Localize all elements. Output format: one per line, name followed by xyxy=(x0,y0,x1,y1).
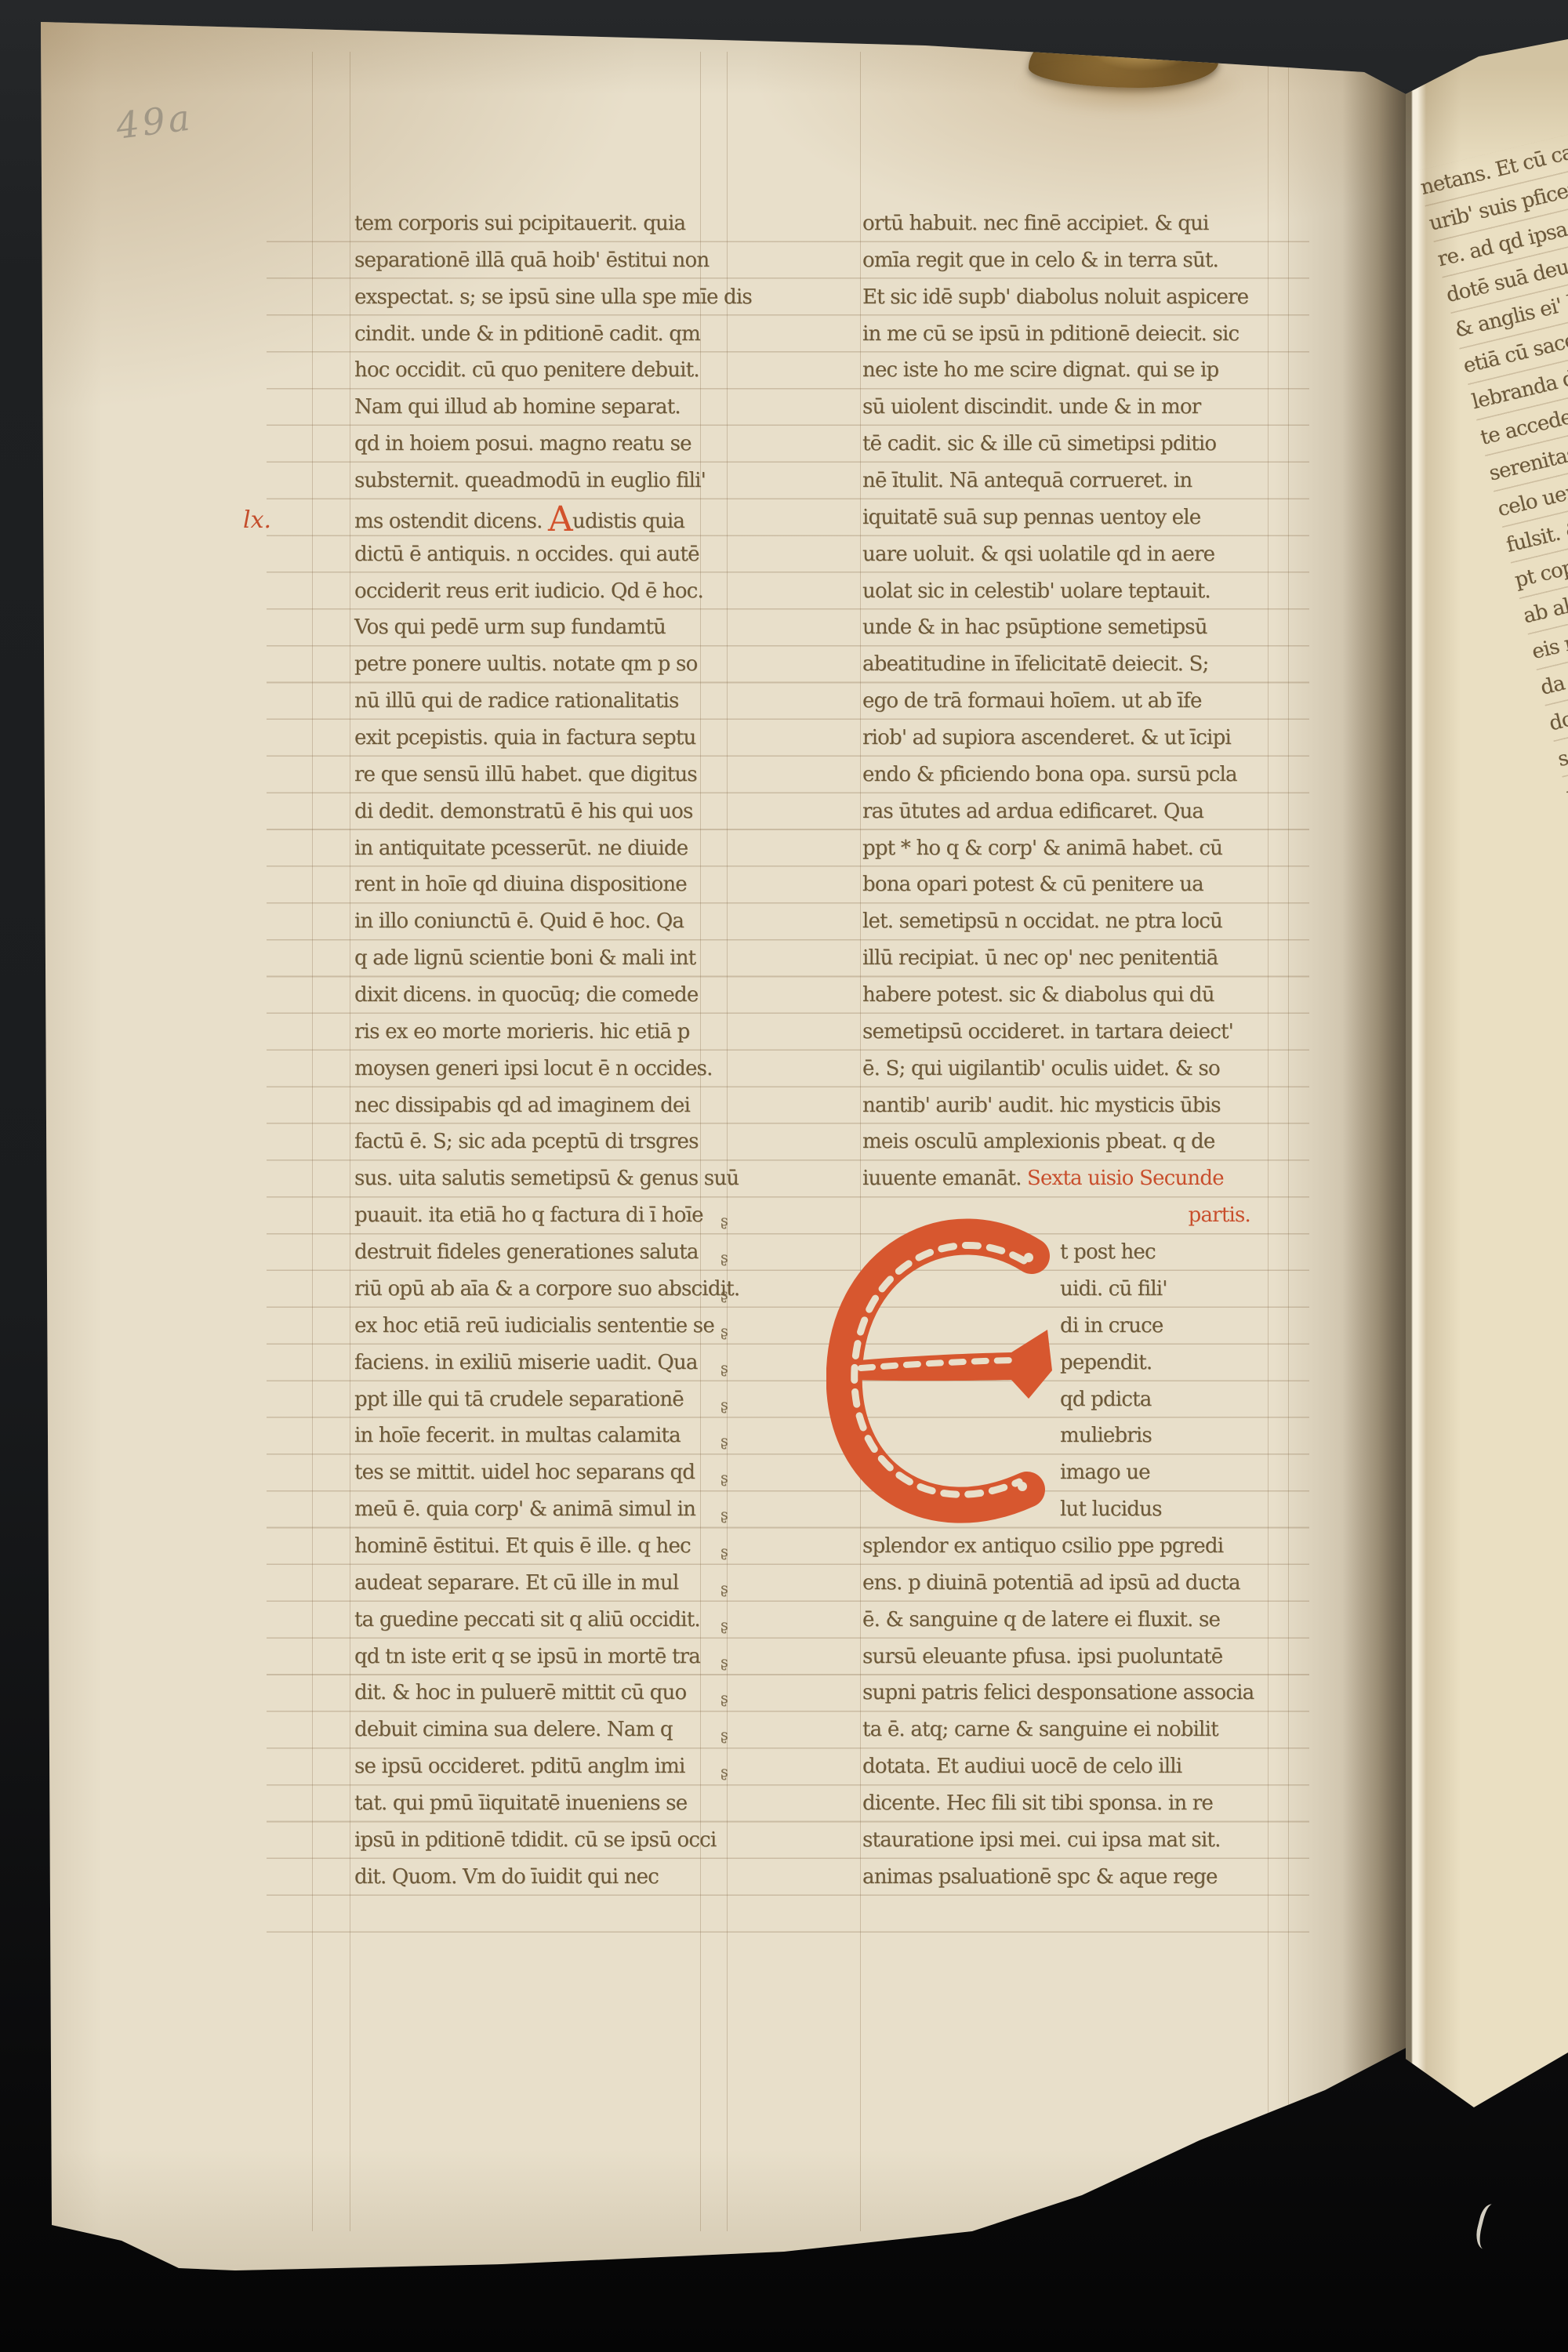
manuscript-text: meis osculū amplexionis pbeat. q de xyxy=(862,1130,1214,1153)
manuscript-text: lut lucidus xyxy=(1060,1497,1162,1521)
manuscript-text: ppt ille qui tā crudele separationē xyxy=(354,1388,684,1411)
manuscript-text: iquitatē suā sup pennas uentoy ele xyxy=(862,506,1200,529)
text-line: ex hoc etiā reū iudicialis sententie seʂ xyxy=(354,1308,713,1345)
text-line: faciens. in exiliū miserie uadit. Quaʂ xyxy=(354,1345,713,1381)
manuscript-text: ta guedine peccati sit q aliū occidit. xyxy=(354,1608,700,1632)
text-line: qd tn iste erit q se ipsū in mortē traʂ xyxy=(354,1639,713,1675)
manuscript-text: bona opari potest & cū penitere ua xyxy=(862,873,1203,896)
text-line: sus. uita salutis semetipsū & genus suū xyxy=(354,1160,713,1197)
manuscript-page-left: 49a lx. tem corporis sui pcipitauerit. q… xyxy=(0,0,1407,2352)
manuscript-text: sus. uita salutis semetipsū & genus suū xyxy=(354,1167,739,1190)
text-line: meū ē. quia corp' & animā simul inʂ xyxy=(354,1491,713,1528)
red-initial-capital: A xyxy=(548,499,572,539)
manuscript-text: sū uiolent discindit. unde & in mor xyxy=(862,395,1200,419)
manuscript-text: imago ue xyxy=(1060,1461,1150,1484)
manuscript-text: substernit. queadmodū in euglio fili' xyxy=(354,469,706,492)
text-line: cindit. unde & in pditionē cadit. qm xyxy=(354,316,713,353)
text-line: meis osculū amplexionis pbeat. q de xyxy=(862,1123,1258,1160)
manuscript-text: uare uoluit. & qsi uolatile qd in aere xyxy=(862,543,1214,566)
manuscript-text: riob' ad supiora ascenderet. & ut īcipi xyxy=(862,726,1231,750)
manuscript-text: abeatitudine in īfelicitatē deiecit. S; xyxy=(862,652,1209,676)
manuscript-text: rent in hoīe qd diuina dispositione xyxy=(354,873,687,896)
manuscript-text: ppt * ho q & corp' & animā habet. cū xyxy=(862,837,1222,860)
manuscript-text: ex hoc etiā reū iudicialis sententie se xyxy=(354,1314,714,1338)
line-filler-mark: ʂ xyxy=(720,1644,728,1681)
manuscript-text: dotata. Et audiui uocē de celo illi xyxy=(862,1755,1181,1778)
text-line: dicente. Hec fili sit tibi sponsa. in re xyxy=(862,1785,1258,1822)
vertical-ruling xyxy=(727,52,728,2231)
manuscript-text: destruit fideles generationes saluta xyxy=(354,1240,699,1264)
manuscript-text: endo & pficiendo bona opa. sursū pcla xyxy=(862,763,1237,786)
text-line: di dedit. demonstratū ē his qui uos xyxy=(354,793,713,830)
text-line: re que sensū illū habet. que digitus xyxy=(354,757,713,793)
text-line: ms ostendit dicens. Audistis quia xyxy=(354,499,713,536)
text-line: nec iste ho me scire dignat. qui se ip xyxy=(862,352,1258,389)
text-line: uare uoluit. & qsi uolatile qd in aere xyxy=(862,536,1258,573)
text-line: in antiquitate pcesserūt. ne diuide xyxy=(354,830,713,867)
text-line: exspectat. s; se ipsū sine ulla spe mīe … xyxy=(354,279,713,316)
manuscript-text: in illo coniunctū ē. Quid ē hoc. Qa xyxy=(354,909,684,933)
manuscript-text: q ade lignū scientie boni & mali int xyxy=(354,946,695,970)
manuscript-text: splendor ex antiquo csilio ppe pgredi xyxy=(862,1534,1223,1558)
text-line: in me cū se ipsū in pditionē deiecit. si… xyxy=(862,316,1258,353)
text-line: abeatitudine in īfelicitatē deiecit. S; xyxy=(862,646,1258,683)
text-line: tem corporis sui pcipitauerit. quia xyxy=(354,205,713,242)
line-filler-mark: ʂ xyxy=(720,1203,728,1240)
manuscript-text: illū recipiat. ū nec op' nec penitentiā xyxy=(862,946,1218,970)
manuscript-text: ego de trā formaui hoīem. ut ab īfe xyxy=(862,689,1202,713)
manuscript-text: t post hec xyxy=(1060,1240,1156,1264)
manuscript-text: sursū eleuante pfusa. ipsi puoluntatē xyxy=(862,1645,1222,1668)
manuscript-text: tes se mittit. uidel hoc separans qd xyxy=(354,1461,695,1484)
text-line: destruit fideles generationes salutaʂ xyxy=(354,1234,713,1271)
text-line: separationē illā quā hoib' ēstitui non xyxy=(354,242,713,279)
manuscript-text: nū illū qui de radice rationalitatis xyxy=(354,689,679,713)
text-line: habere potest. sic & diabolus qui dū xyxy=(862,977,1258,1014)
text-line: Et sic idē supb' diabolus noluit aspicer… xyxy=(862,279,1258,316)
text-line: substernit. queadmodū in euglio fili' xyxy=(354,463,713,499)
manuscript-text: udistis quia xyxy=(572,510,684,533)
facing-page-edge: netans. Et cū cadeurib' suis pficeret.re… xyxy=(1406,0,1568,2352)
manuscript-text: ta ē. atq; carne & sanguine ei nobilit xyxy=(862,1718,1218,1741)
manuscript-text: hoc occidit. cū quo penitere debuit. xyxy=(354,358,699,382)
manuscript-text: in hoīe fecerit. in multas calamita xyxy=(354,1424,681,1447)
manuscript-text: qd in hoiem posui. magno reatu se xyxy=(354,432,691,456)
manuscript-text: tem corporis sui pcipitauerit. quia xyxy=(354,212,685,235)
manuscript-text: ris ex eo morte morieris. hic etiā p xyxy=(354,1020,690,1044)
manuscript-text: let. semetipsū n occidat. ne ptra locū xyxy=(862,909,1222,933)
text-line: bona opari potest & cū penitere ua xyxy=(862,866,1258,903)
text-line: dotata. Et audiui uocē de celo illi xyxy=(862,1748,1258,1785)
text-line: nantib' aurib' audit. hic mysticis ūbis xyxy=(862,1087,1258,1124)
rubric-text: Sexta uisio Secunde xyxy=(1027,1167,1224,1190)
vertical-ruling xyxy=(860,52,861,2231)
line-filler-mark: ʂ xyxy=(720,1497,728,1534)
text-line: se ipsū occideret. pditū anglm imiʂ xyxy=(354,1748,713,1785)
text-line: dit. Quom. Vm do īuidit qui nec xyxy=(354,1859,713,1896)
manuscript-text: ipsū in pditionē tdidit. cū se ipsū occi xyxy=(354,1828,716,1852)
text-line: ipsū in pditionē tdidit. cū se ipsū occi xyxy=(354,1822,713,1859)
text-line: q ade lignū scientie boni & mali int xyxy=(354,940,713,977)
manuscript-text: nantib' aurib' audit. hic mysticis ūbis xyxy=(862,1094,1221,1117)
text-line: tat. qui pmū īiquitatē inueniens se xyxy=(354,1785,713,1822)
line-filler-mark: ʂ xyxy=(720,1350,728,1387)
text-line: riob' ad supiora ascenderet. & ut īcipi xyxy=(862,720,1258,757)
text-line: illū recipiat. ū nec op' nec penitentiā xyxy=(862,940,1258,977)
text-line: sursū eleuante pfusa. ipsi puoluntatē xyxy=(862,1639,1258,1675)
manuscript-text: petre ponere uultis. notate qm p so xyxy=(354,652,697,676)
manuscript-text: in antiquitate pcesserūt. ne diuide xyxy=(354,837,688,860)
parchment-stain xyxy=(1011,67,1247,129)
text-line: petre ponere uultis. notate qm p so xyxy=(354,646,713,683)
text-line: moysen generi ipsi locut ē n occides. xyxy=(354,1051,713,1087)
folio-number-pencil: 49a xyxy=(114,96,195,147)
text-line: in hoīe fecerit. in multas calamitaʂ xyxy=(354,1417,713,1454)
manuscript-text: uolat sic in celestib' uolare teptauit. xyxy=(862,579,1210,603)
manuscript-text: dixit dicens. in quocūq; die comede xyxy=(354,983,698,1007)
manuscript-text: puauit. ita etiā ho q factura di ī hoīe xyxy=(354,1203,703,1227)
text-line: debuit cimina sua delere. Nam qʂ xyxy=(354,1711,713,1748)
text-line: in illo coniunctū ē. Quid ē hoc. Qa xyxy=(354,903,713,940)
text-line: supni patris felici desponsatione associ… xyxy=(862,1675,1258,1711)
vertical-ruling xyxy=(1288,52,1289,2231)
manuscript-text: ens. p diuinā potentiā ad ipsū ad ducta xyxy=(862,1571,1240,1595)
text-line: iquitatē suā sup pennas uentoy ele xyxy=(862,499,1258,536)
text-line: stauratione ipsi mei. cui ipsa mat sit. xyxy=(862,1822,1258,1859)
manuscript-text: riū opū ab aīa & a corpore suo abscidit. xyxy=(354,1277,739,1301)
text-line: ego de trā formaui hoīem. ut ab īfe xyxy=(862,683,1258,720)
text-line: ppt * ho q & corp' & animā habet. cū xyxy=(862,830,1258,867)
manuscript-text: supni patris felici desponsatione associ… xyxy=(862,1681,1254,1704)
text-line: ta ē. atq; carne & sanguine ei nobilit xyxy=(862,1711,1258,1748)
line-filler-mark: ʂ xyxy=(720,1570,728,1607)
text-line: ortū habuit. nec finē accipiet. & qui xyxy=(862,205,1258,242)
binding-thread xyxy=(1472,2202,1507,2252)
manuscript-text: meū ē. quia corp' & animā simul in xyxy=(354,1497,695,1521)
text-line: let. semetipsū n occidat. ne ptra locū xyxy=(862,903,1258,940)
line-filler-mark: ʂ xyxy=(720,1423,728,1460)
text-line: ris ex eo morte morieris. hic etiā p xyxy=(354,1014,713,1051)
text-line: Nam qui illud ab homine separat. xyxy=(354,389,713,426)
manuscript-text: ortū habuit. nec finē accipiet. & qui xyxy=(862,212,1209,235)
manuscript-text: nec iste ho me scire dignat. qui se ip xyxy=(862,358,1218,382)
line-filler-mark: ʂ xyxy=(720,1460,728,1497)
manuscript-text: re que sensū illū habet. que digitus xyxy=(354,763,697,786)
facing-page-text: netans. Et cū cadeurib' suis pficeret.re… xyxy=(1417,90,1568,1814)
manuscript-text: cindit. unde & in pditionē cadit. qm xyxy=(354,322,700,346)
manuscript-text: in me cū se ipsū in pditionē deiecit. si… xyxy=(862,322,1239,346)
line-filler-mark: ʂ xyxy=(720,1607,728,1644)
manuscript-text: faciens. in exiliū miserie uadit. Qua xyxy=(354,1351,698,1374)
text-line: semetipsū occideret. in tartara deiect' xyxy=(862,1014,1258,1051)
text-line: puauit. ita etiā ho q factura di ī hoīeʂ xyxy=(354,1197,713,1234)
text-line: qd in hoiem posui. magno reatu se xyxy=(354,426,713,463)
manuscript-text: separationē illā quā hoib' ēstitui non xyxy=(354,249,709,272)
line-filler-mark: ʂ xyxy=(720,1754,728,1791)
vertical-ruling xyxy=(1268,52,1269,2231)
manuscript-text: ras ūtutes ad ardua edificaret. Qua xyxy=(862,800,1203,823)
text-line: ppt ille qui tā crudele separationēʂ xyxy=(354,1381,713,1418)
manuscript-text: qd tn iste erit q se ipsū in mortē tra xyxy=(354,1645,700,1668)
text-line: factū ē. S; sic ada pceptū di trsgres xyxy=(354,1123,713,1160)
manuscript-text: audeat separare. Et cū ille in mul xyxy=(354,1571,678,1595)
text-line: tē cadit. sic & ille cū simetipsi pditio xyxy=(862,426,1258,463)
text-line: rent in hoīe qd diuina dispositione xyxy=(354,866,713,903)
line-filler-mark: ʂ xyxy=(720,1534,728,1570)
manuscript-text: di dedit. demonstratū ē his qui uos xyxy=(354,800,692,823)
manuscript-text: omīa regit que in celo & in terra sūt. xyxy=(862,249,1218,272)
manuscript-text: uidi. cū fili' xyxy=(1060,1277,1167,1301)
vertical-ruling xyxy=(350,52,350,2231)
manuscript-text: ms ostendit dicens. xyxy=(354,510,548,533)
page-gutter-shadow xyxy=(1342,47,1407,2101)
manuscript-text: semetipsū occideret. in tartara deiect' xyxy=(862,1020,1233,1044)
line-filler-mark: ʂ xyxy=(720,1240,728,1276)
text-line: iuuente emanāt. Sexta uisio Secunde xyxy=(862,1160,1258,1197)
manuscript-text: stauratione ipsi mei. cui ipsa mat sit. xyxy=(862,1828,1221,1852)
manuscript-text: moysen generi ipsi locut ē n occides. xyxy=(354,1057,713,1080)
text-line: occiderit reus erit iudicio. Qd ē hoc. xyxy=(354,573,713,610)
manuscript-text: dit. Quom. Vm do īuidit qui nec xyxy=(354,1865,659,1889)
manuscript-text: ē. S; qui uigilantib' oculis uidet. & so xyxy=(862,1057,1220,1080)
manuscript-text: exspectat. s; se ipsū sine ulla spe mīe … xyxy=(354,285,752,309)
text-line: nē ītulit. Nā antequā corrueret. in xyxy=(862,463,1258,499)
manuscript-text: iuuente emanāt. xyxy=(862,1167,1027,1190)
text-line: animas psaluationē spc & aque rege xyxy=(862,1859,1258,1896)
text-line: sū uiolent discindit. unde & in mor xyxy=(862,389,1258,426)
text-line: ras ūtutes ad ardua edificaret. Qua xyxy=(862,793,1258,830)
manuscript-text: di in cruce xyxy=(1060,1314,1163,1338)
text-line: ē. S; qui uigilantib' oculis uidet. & so xyxy=(862,1051,1258,1087)
text-line: unde & in hac psūptione semetipsū xyxy=(862,609,1258,646)
manuscript-text: unde & in hac psūptione semetipsū xyxy=(862,615,1207,639)
manuscript-text: exit pcepistis. quia in factura septu xyxy=(354,726,695,750)
illuminated-initial-E xyxy=(826,1214,1058,1537)
manuscript-text: qd pdicta xyxy=(1060,1388,1151,1411)
text-line: tes se mittit. uidel hoc separans qdʂ xyxy=(354,1454,713,1491)
text-line: ē. & sanguine q de latere ei fluxit. se xyxy=(862,1602,1258,1639)
text-line: hoc occidit. cū quo penitere debuit. xyxy=(354,352,713,389)
text-line: audeat separare. Et cū ille in mulʂ xyxy=(354,1565,713,1602)
manuscript-text: Vos qui pedē urm sup fundamtū xyxy=(354,615,666,639)
vertical-ruling xyxy=(312,52,313,2231)
rubric-text: partis. xyxy=(1189,1203,1250,1227)
manuscript-text: dictū ē antiquis. n occides. qui autē xyxy=(354,543,699,566)
text-line: uolat sic in celestib' uolare teptauit. xyxy=(862,573,1258,610)
text-line: dictū ē antiquis. n occides. qui autē xyxy=(354,536,713,573)
text-line: endo & pficiendo bona opa. sursū pcla xyxy=(862,757,1258,793)
manuscript-text: Et sic idē supb' diabolus noluit aspicer… xyxy=(862,285,1248,309)
text-line: dit. & hoc in puluerē mittit cū quoʂ xyxy=(354,1675,713,1711)
text-column-right: ortū habuit. nec finē accipiet. & quiomī… xyxy=(862,205,1258,1896)
manuscript-text: tat. qui pmū īiquitatē inueniens se xyxy=(354,1791,687,1815)
text-column-left: tem corporis sui pcipitauerit. quiasepar… xyxy=(354,205,713,1896)
manuscript-text: dicente. Hec fili sit tibi sponsa. in re xyxy=(862,1791,1213,1815)
line-filler-mark: ʂ xyxy=(720,1276,728,1313)
text-line: ens. p diuinā potentiā ad ipsū ad ducta xyxy=(862,1565,1258,1602)
manuscript-text: se ipsū occideret. pditū anglm imi xyxy=(354,1755,685,1778)
text-line: exit pcepistis. quia in factura septu xyxy=(354,720,713,757)
manuscript-text: debuit cimina sua delere. Nam q xyxy=(354,1718,673,1741)
text-line: dixit dicens. in quocūq; die comede xyxy=(354,977,713,1014)
line-filler-mark: ʂ xyxy=(720,1387,728,1424)
text-line: riū opū ab aīa & a corpore suo abscidit.… xyxy=(354,1271,713,1308)
manuscript-text: tē cadit. sic & ille cū simetipsi pditio xyxy=(862,432,1216,456)
text-line: nec dissipabis qd ad imaginem dei xyxy=(354,1087,713,1124)
line-filler-mark: ʂ xyxy=(720,1313,728,1350)
manuscript-text: nē ītulit. Nā antequā corrueret. in xyxy=(862,469,1192,492)
text-line: nū illū qui de radice rationalitatis xyxy=(354,683,713,720)
manuscript-text: ē. & sanguine q de latere ei fluxit. se xyxy=(862,1608,1220,1632)
text-line: ta guedine peccati sit q aliū occidit.ʂ xyxy=(354,1602,713,1639)
manuscript-text: pependit. xyxy=(1060,1351,1152,1374)
line-filler-mark: ʂ xyxy=(720,1717,728,1754)
manuscript-text: animas psaluationē spc & aque rege xyxy=(862,1865,1218,1889)
manuscript-text: habere potest. sic & diabolus qui dū xyxy=(862,983,1214,1007)
text-line: Vos qui pedē urm sup fundamtū xyxy=(354,609,713,646)
manuscript-text: dit. & hoc in puluerē mittit cū quo xyxy=(354,1681,686,1704)
manuscript-text: Nam qui illud ab homine separat. xyxy=(354,395,681,419)
margin-note-lx: lx. xyxy=(243,506,271,534)
text-line: omīa regit que in celo & in terra sūt. xyxy=(862,242,1258,279)
manuscript-text: hominē ēstitui. Et quis ē ille. q hec xyxy=(354,1534,691,1558)
manuscript-text: nec dissipabis qd ad imaginem dei xyxy=(354,1094,690,1117)
manuscript-text: factū ē. S; sic ada pceptū di trsgres xyxy=(354,1130,699,1153)
manuscript-text: occiderit reus erit iudicio. Qd ē hoc. xyxy=(354,579,703,603)
manuscript-text: muliebris xyxy=(1060,1424,1152,1447)
text-line: hominē ēstitui. Et quis ē ille. q hecʂ xyxy=(354,1528,713,1565)
line-filler-mark: ʂ xyxy=(720,1680,728,1717)
